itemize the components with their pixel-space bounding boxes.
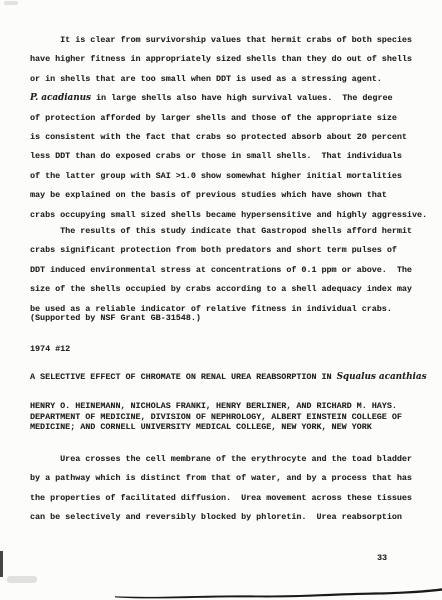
- text-segment: in large shells also have high survival …: [91, 93, 393, 103]
- text-line: The results of this study indicate that …: [30, 222, 435, 241]
- abstract-2-title: A SELECTIVE EFFECT OF CHROMATE ON RENAL …: [30, 372, 435, 382]
- scan-bottom-edge-line: [0, 584, 442, 600]
- text-line: less DDT than do exposed crabs or those …: [30, 147, 435, 166]
- text-line: the properties of facilitated diffusion.…: [30, 489, 435, 508]
- grant-note: (Supported by NSF Grant GB-31548.): [30, 313, 435, 323]
- text-line: DDT induced environmental stress at conc…: [30, 261, 435, 280]
- text-line: size of the shells occupied by crabs acc…: [30, 280, 435, 299]
- text-line: is consistent with the fact that crabs s…: [30, 128, 435, 147]
- scan-smudge-bottom-left: [7, 576, 37, 583]
- author-line: HENRY O. HEINEMANN, NICHOLAS FRANKI, HEN…: [30, 401, 435, 412]
- title-text: A SELECTIVE EFFECT OF CHROMATE ON RENAL …: [30, 372, 337, 382]
- author-line: DEPARTMENT OF MEDICINE, DIVISION OF NEPH…: [30, 412, 435, 423]
- abstract-2-paragraph-1: Urea crosses the cell membrane of the er…: [30, 450, 435, 528]
- text-line: or in shells that are too small when DDT…: [30, 70, 435, 89]
- scanned-page: It is clear from survivorship values tha…: [0, 0, 442, 600]
- text-line: have higher fitness in appropriately siz…: [30, 50, 435, 69]
- page-number: 33: [377, 553, 387, 563]
- scan-edge-mark-left: [0, 551, 3, 577]
- text-line: (Supported by NSF Grant GB-31548.): [30, 313, 435, 323]
- text-line: may be explained on the basis of previou…: [30, 186, 435, 205]
- abstract-1-paragraph-1: It is clear from survivorship values tha…: [30, 31, 435, 225]
- author-affiliation-block: HENRY O. HEINEMANN, NICHOLAS FRANKI, HEN…: [30, 401, 435, 433]
- text-line: Urea crosses the cell membrane of the er…: [30, 450, 435, 469]
- text-line: of protection afforded by larger shells …: [30, 109, 435, 128]
- text-line: of the latter group with SAI >1.0 show s…: [30, 167, 435, 186]
- text-line: 1974 #12: [30, 344, 435, 354]
- text-line: can be selectively and reversibly blocke…: [30, 508, 435, 527]
- text-line: P. acadianus in large shells also have h…: [30, 89, 435, 108]
- author-line: MEDICINE; AND CORNELL UNIVERSITY MEDICAL…: [30, 422, 435, 433]
- text-line: crabs significant protection from both p…: [30, 241, 435, 260]
- abstract-1-paragraph-2: The results of this study indicate that …: [30, 222, 435, 319]
- text-line: It is clear from survivorship values tha…: [30, 31, 435, 50]
- abstract-number: 1974 #12: [30, 344, 435, 354]
- title-species-italic: Squalus acanthias: [337, 372, 427, 382]
- scan-smudge-top-left: [4, 1, 18, 5]
- title-line: A SELECTIVE EFFECT OF CHROMATE ON RENAL …: [30, 372, 435, 382]
- text-line: by a pathway which is distinct from that…: [30, 469, 435, 488]
- species-name-italic: P. acadianus: [30, 93, 91, 103]
